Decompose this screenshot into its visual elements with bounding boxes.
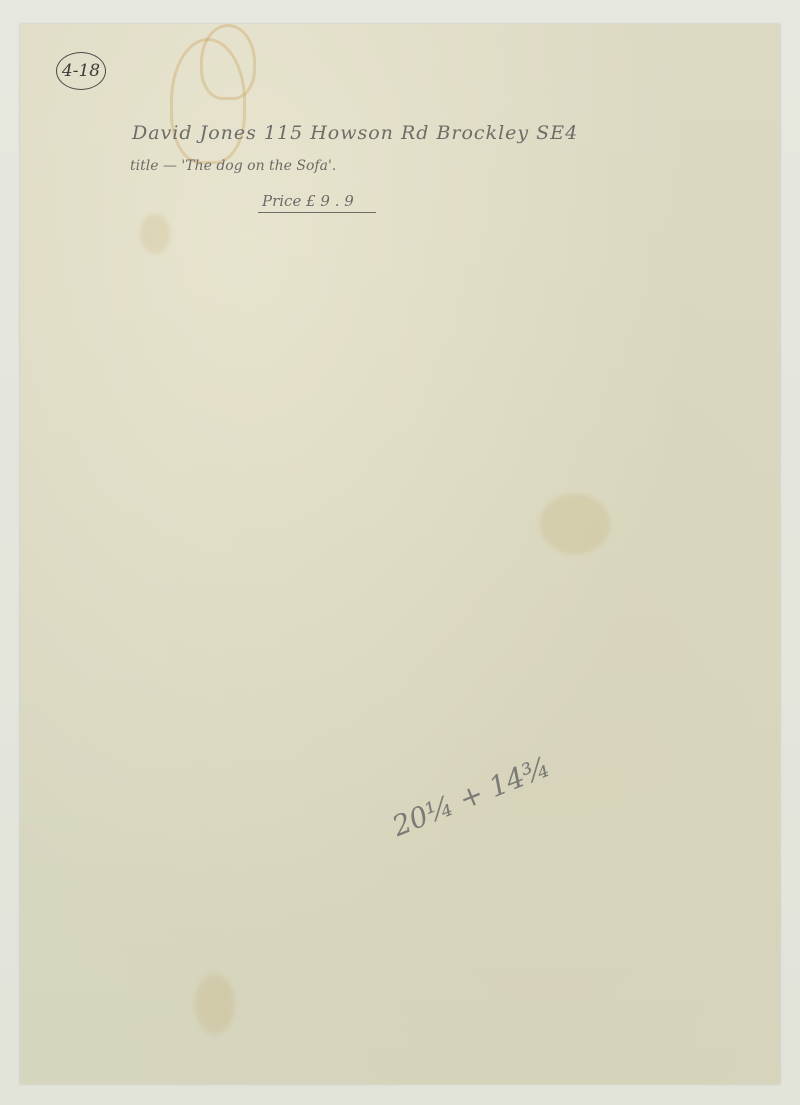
price-inscription: Price £ 9 . 9: [262, 192, 354, 210]
title-inscription: title — 'The dog on the Sofa'.: [130, 158, 336, 174]
stain-mark: [195, 974, 235, 1034]
catalogue-number: 4-18: [56, 52, 106, 90]
stain-mark: [540, 494, 610, 554]
catalogue-number-text: 4-18: [62, 61, 100, 81]
price-underline: [258, 212, 376, 213]
stain-loop: [200, 24, 256, 100]
artist-address-inscription: David Jones 115 Howson Rd Brockley SE4: [132, 122, 578, 144]
paper-sheet: [20, 24, 780, 1084]
stain-mark: [140, 214, 170, 254]
